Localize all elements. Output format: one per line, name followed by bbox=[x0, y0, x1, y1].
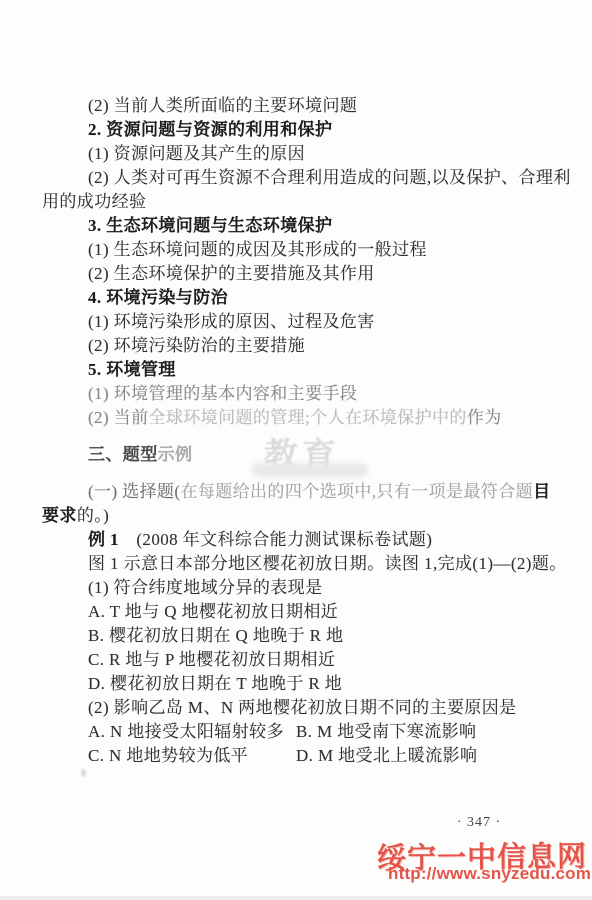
text-segment: A. T 地与 Q 地樱花初放日期相近 bbox=[88, 602, 338, 621]
text-segment: 要求 bbox=[42, 506, 77, 525]
document-page: 教育 (2) 当前人类所面临的主要环境问题2. 资源问题与资源的利用和保护(1)… bbox=[0, 0, 592, 900]
syllabus-heading: 4. 环境污染与防治 bbox=[42, 286, 558, 310]
option-line: B. 樱花初放日期在 Q 地晚于 R 地 bbox=[42, 624, 558, 648]
text-segment: 2. 资源问题与资源的利用和保护 bbox=[88, 120, 332, 139]
scan-edge bbox=[0, 896, 592, 900]
text-segment: 4. 环境污染与防治 bbox=[88, 288, 228, 307]
text-line: (一) 选择题(在每题给出的四个选项中,只有一项是最符合题目 bbox=[42, 480, 558, 504]
text-segment: C. N 地地势较为低平 bbox=[88, 744, 296, 768]
option-line: C. N 地地势较为低平D. M 地受北上暖流影响 bbox=[42, 744, 558, 768]
text-segment: 目 bbox=[533, 482, 550, 501]
text-segment: (1) 生态环境问题的成因及其形成的一般过程 bbox=[88, 240, 427, 259]
syllabus-heading: 3. 生态环境问题与生态环境保护 bbox=[42, 214, 558, 238]
text-segment: 图 1 示意日本部分地区樱花初放日期。读图 1,完成(1)—(2)题。 bbox=[88, 554, 567, 573]
text-segment: B. M 地受南下寒流影响 bbox=[296, 722, 476, 741]
text-line: (1) 符合纬度地域分异的表现是 bbox=[42, 576, 558, 600]
text-line: (2) 环境污染防治的主要措施 bbox=[42, 334, 558, 358]
text-segment: 例 1 bbox=[88, 530, 119, 549]
text-line: 用的成功经验 bbox=[42, 190, 558, 214]
text-segment: 在每题给出的四个选项中,只有一项是最符合题 bbox=[180, 482, 533, 501]
text-segment: (一) 选择题( bbox=[88, 482, 180, 501]
option-line: C. R 地与 P 地樱花初放日期相近 bbox=[42, 648, 558, 672]
page-number: · 347 · bbox=[429, 815, 529, 831]
option-line: A. T 地与 Q 地樱花初放日期相近 bbox=[42, 600, 558, 624]
text-segment: (2) 影响乙岛 M、N 两地樱花初放日期不同的主要原因是 bbox=[88, 698, 517, 717]
example-title: 例 1 (2008 年文科综合能力测试课标卷试题) bbox=[42, 528, 558, 552]
text-segment: 示例 bbox=[158, 445, 193, 464]
text-segment: (1) 环境污染形成的原因、过程及危害 bbox=[88, 312, 375, 331]
option-line: A. N 地接受太阳辐射较多B. M 地受南下寒流影响 bbox=[42, 720, 558, 744]
text-line: (1) 环境管理的基本内容和主要手段 bbox=[42, 382, 558, 406]
text-segment: 的。) bbox=[77, 506, 109, 525]
text-segment: (2) 人类对可再生资源不合理利用造成的问题,以及保护、合理利 bbox=[88, 168, 571, 187]
text-line: (2) 生态环境保护的主要措施及其作用 bbox=[42, 262, 558, 286]
text-line: (2) 当前全球环境问题的管理;个人在环境保护中的作为 bbox=[42, 406, 558, 430]
text-segment: 作为 bbox=[467, 408, 502, 427]
text-line: (1) 资源问题及其产生的原因 bbox=[42, 142, 558, 166]
site-stamp-url: http://www.snyzedu.com bbox=[388, 864, 591, 884]
text-line: (1) 生态环境问题的成因及其形成的一般过程 bbox=[42, 238, 558, 262]
text-segment: B. 樱花初放日期在 Q 地晚于 R 地 bbox=[88, 626, 343, 645]
text-line: (2) 当前人类所面临的主要环境问题 bbox=[42, 94, 558, 118]
text-line: (2) 影响乙岛 M、N 两地樱花初放日期不同的主要原因是 bbox=[42, 696, 558, 720]
scan-speck bbox=[81, 769, 86, 777]
text-segment: 用的成功经验 bbox=[42, 192, 146, 211]
text-segment: (2) 当前 bbox=[88, 408, 148, 427]
text-line: 要求的。) bbox=[42, 504, 558, 528]
text-segment: C. R 地与 P 地樱花初放日期相近 bbox=[88, 650, 335, 669]
text-segment: (1) 资源问题及其产生的原因 bbox=[88, 144, 305, 163]
text-line: (2) 人类对可再生资源不合理利用造成的问题,以及保护、合理利 bbox=[42, 166, 558, 190]
option-line: D. 樱花初放日期在 T 地晚于 R 地 bbox=[42, 672, 558, 696]
text-segment: (1) 环境管理的基本内容和主要手段 bbox=[88, 384, 357, 403]
syllabus-heading: 2. 资源问题与资源的利用和保护 bbox=[42, 118, 558, 142]
text-segment: 三、题型 bbox=[88, 445, 158, 464]
text-segment: D. 樱花初放日期在 T 地晚于 R 地 bbox=[88, 674, 342, 693]
section-title: 三、题型示例 bbox=[42, 443, 558, 467]
text-segment: D. M 地受北上暖流影响 bbox=[296, 746, 477, 765]
text-segment: 5. 环境管理 bbox=[88, 360, 176, 379]
text-line: (1) 环境污染形成的原因、过程及危害 bbox=[42, 310, 558, 334]
text-segment: (2) 当前人类所面临的主要环境问题 bbox=[88, 96, 357, 115]
text-segment: A. N 地接受太阳辐射较多 bbox=[88, 720, 296, 744]
text-block: (2) 当前人类所面临的主要环境问题2. 资源问题与资源的利用和保护(1) 资源… bbox=[0, 0, 592, 768]
text-segment: (1) 符合纬度地域分异的表现是 bbox=[88, 578, 322, 597]
text-segment: 3. 生态环境问题与生态环境保护 bbox=[88, 216, 332, 235]
text-segment: (2) 环境污染防治的主要措施 bbox=[88, 336, 305, 355]
text-segment: (2) 生态环境保护的主要措施及其作用 bbox=[88, 264, 375, 283]
syllabus-heading: 5. 环境管理 bbox=[42, 358, 558, 382]
text-segment: (2008 年文科综合能力测试课标卷试题) bbox=[119, 530, 432, 549]
text-segment: 全球环境问题的管理;个人在环境保护中的 bbox=[148, 408, 466, 427]
text-line: 图 1 示意日本部分地区樱花初放日期。读图 1,完成(1)—(2)题。 bbox=[42, 552, 558, 576]
